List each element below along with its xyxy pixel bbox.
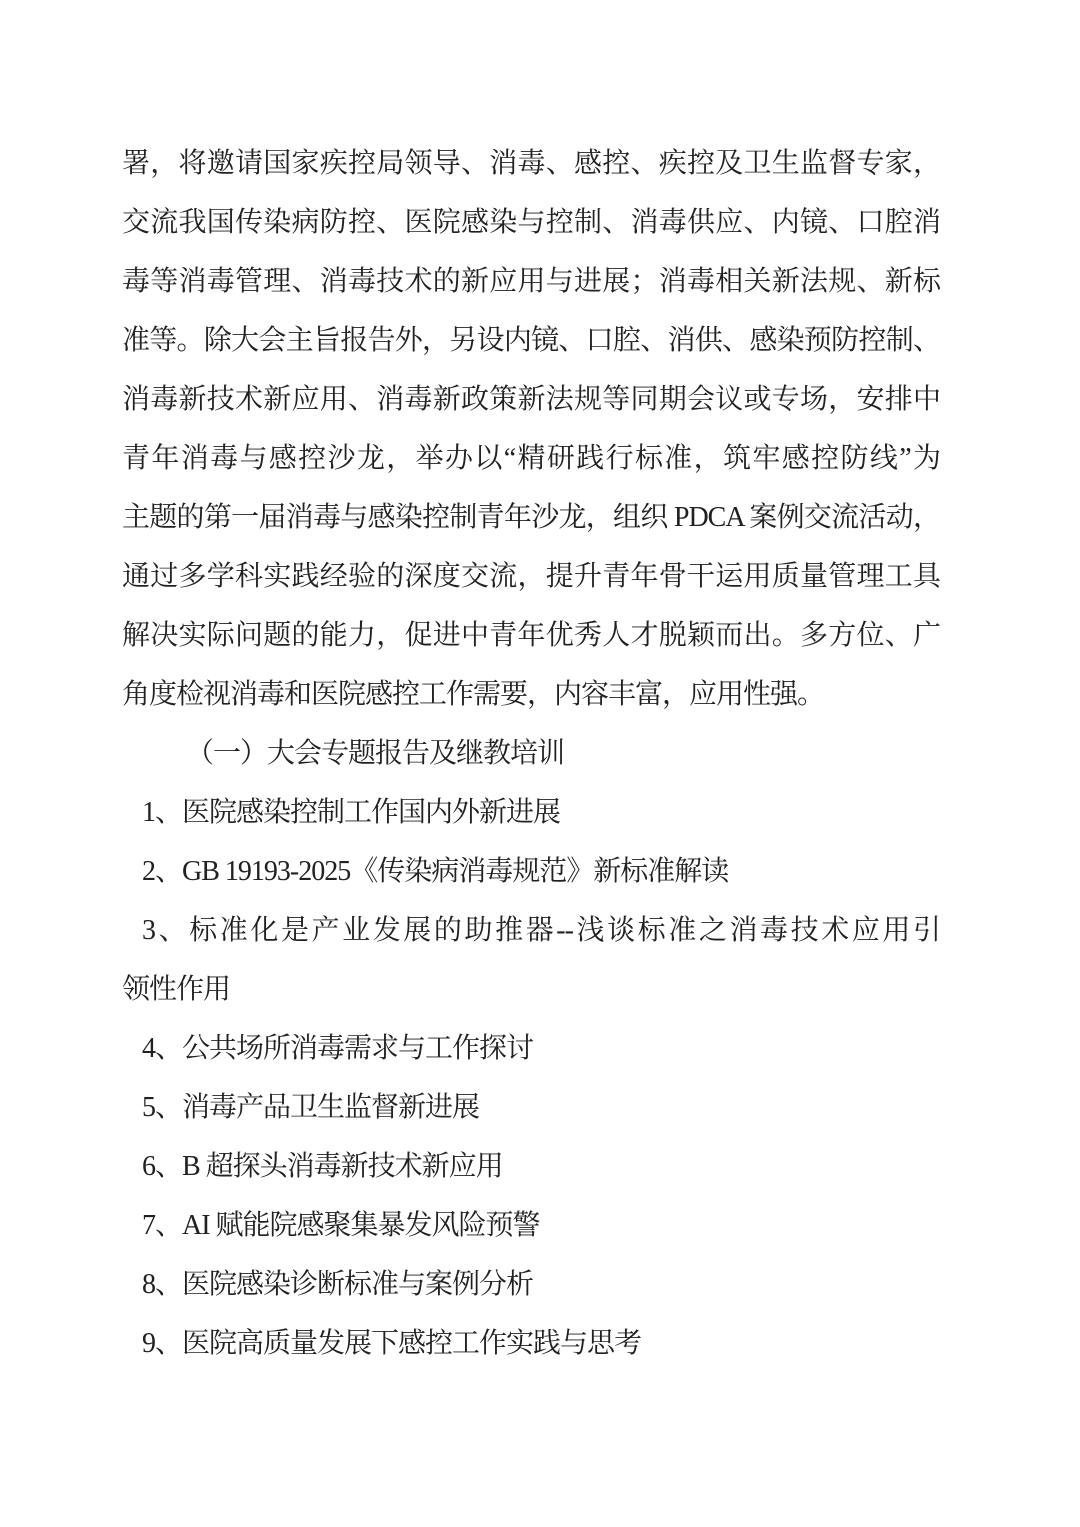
- body-text-line: 通过多学科实践经验的深度交流，提升青年骨干运用质量管理工具: [122, 547, 940, 606]
- body-text-line: 角度检视消毒和医院感控工作需要，内容丰富，应用性强。: [122, 665, 940, 724]
- body-text-line: 青年消毒与感控沙龙，举办以“精研践行标准，筑牢感控防线”为: [122, 429, 940, 488]
- document-page: 署，将邀请国家疾控局领导、消毒、感控、疾控及卫生监督专家， 交流我国传染病防控、…: [0, 0, 1080, 1527]
- body-text-line: 消毒新技术新应用、消毒新政策新法规等同期会议或专场，安排中: [122, 370, 940, 429]
- body-text-line: 署，将邀请国家疾控局领导、消毒、感控、疾控及卫生监督专家，: [122, 134, 940, 193]
- list-item: 6、B 超探头消毒新技术新应用: [122, 1137, 940, 1196]
- body-text-line: 毒等消毒管理、消毒技术的新应用与进展；消毒相关新法规、新标: [122, 252, 940, 311]
- list-item-continuation: 领性作用: [122, 960, 940, 1019]
- body-text-line: 准等。除大会主旨报告外，另设内镜、口腔、消供、感染预防控制、: [122, 311, 940, 370]
- section-heading: （一）大会专题报告及继教培训: [122, 724, 940, 783]
- list-item: 7、AI 赋能院感聚集暴发风险预警: [122, 1196, 940, 1255]
- document-text-block: 署，将邀请国家疾控局领导、消毒、感控、疾控及卫生监督专家， 交流我国传染病防控、…: [122, 134, 940, 1373]
- list-item: 9、医院高质量发展下感控工作实践与思考: [122, 1314, 940, 1373]
- body-text-line: 交流我国传染病防控、医院感染与控制、消毒供应、内镜、口腔消: [122, 193, 940, 252]
- list-item: 8、医院感染诊断标准与案例分析: [122, 1255, 940, 1314]
- list-item: 4、公共场所消毒需求与工作探讨: [122, 1019, 940, 1078]
- list-item: 3、标准化是产业发展的助推器--浅谈标准之消毒技术应用引: [122, 901, 940, 960]
- body-text-line: 解决实际问题的能力，促进中青年优秀人才脱颖而出。多方位、广: [122, 606, 940, 665]
- list-item: 1、医院感染控制工作国内外新进展: [122, 783, 940, 842]
- list-item: 2、GB 19193-2025《传染病消毒规范》新标准解读: [122, 842, 940, 901]
- list-item: 5、消毒产品卫生监督新进展: [122, 1078, 940, 1137]
- body-text-line: 主题的第一届消毒与感染控制青年沙龙，组织 PDCA 案例交流活动，: [122, 488, 940, 547]
